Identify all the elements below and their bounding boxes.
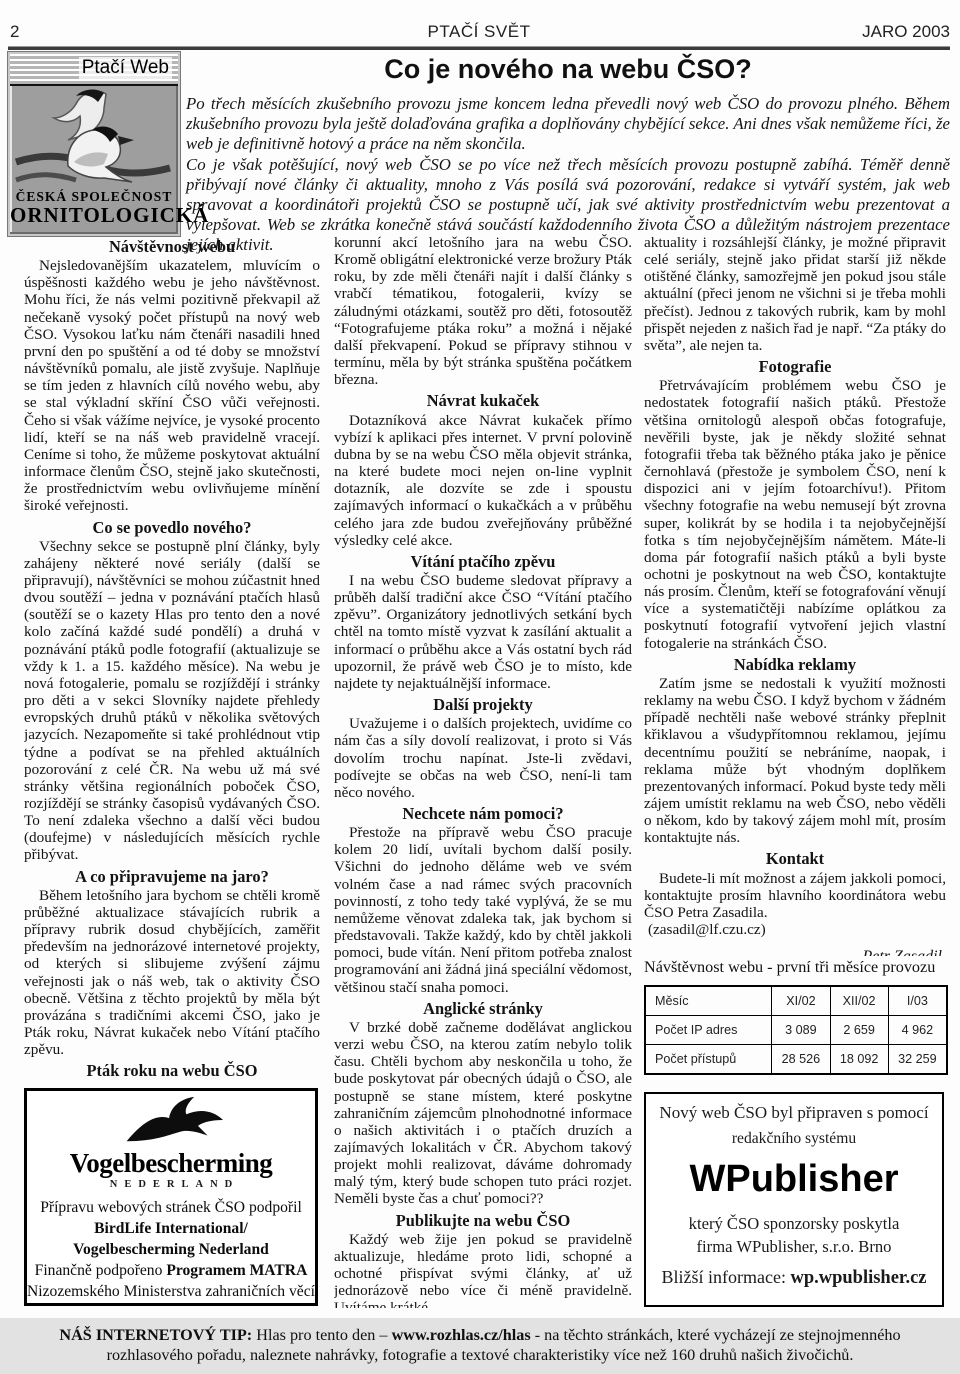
table-cell: 28 526: [772, 1045, 830, 1075]
footer-tip-label: NÁŠ INTERNETOVÝ TIP:: [59, 1326, 252, 1344]
section-heading: Pták roku na webu ČSO: [24, 1062, 320, 1079]
stats-table-title: Návštěvnost webu - první tři měsíce prov…: [644, 958, 948, 977]
table-cell: 32 259: [888, 1045, 947, 1075]
org-name-line1: ČESKÁ SPOLEČNOST: [10, 190, 178, 204]
text-column-2: korunní akcí letošního jara na webu ČSO.…: [334, 234, 632, 1308]
table-cell: Počet přístupů: [645, 1045, 772, 1075]
visit-stats-section: Návštěvnost webu - první tři měsíce prov…: [644, 958, 948, 1075]
body-paragraph: korunní akcí letošního jara na webu ČSO.…: [334, 234, 632, 388]
cso-web-logo: Ptačí Web ČESKÁ SPOLEČNOST ORNITOLOGICKÁ: [8, 52, 180, 236]
body-paragraph: Zatím jsme se nedostali k využití možnos…: [644, 675, 946, 847]
section-heading: Nabídka reklamy: [644, 656, 946, 673]
section-heading: Návštěvnost webu: [24, 238, 320, 255]
issue-date: JARO 2003: [862, 22, 950, 42]
body-paragraph: V brzké době začneme dodělávat anglickou…: [334, 1019, 632, 1208]
page-header: 2 PTAČÍ SVĚT JARO 2003: [8, 14, 950, 44]
section-heading: Kontakt: [644, 850, 946, 867]
table-cell: 2 659: [830, 1016, 888, 1045]
section-heading: Fotografie: [644, 358, 946, 375]
section-heading: Nechcete nám pomoci?: [334, 805, 632, 822]
text-column-3: aktuality i rozsáhlejší články, je možné…: [644, 234, 946, 956]
author-signature: Petr Zasadil: [644, 948, 946, 956]
support-line: Přípravu webových stránek ČSO podpořil: [27, 1197, 315, 1218]
support-birdlife-line: BirdLife International/: [27, 1218, 315, 1239]
support-vogelbescherming-line: Vogelbescherming Nederland: [27, 1239, 315, 1260]
section-heading: Anglické stránky: [334, 1000, 632, 1017]
section-heading: Vítání ptačího zpěvu: [334, 553, 632, 570]
footer-tip-bar: NÁŠ INTERNETOVÝ TIP: Hlas pro tento den …: [0, 1318, 960, 1374]
wpublisher-info-line: Bližší informace: wp.wpublisher.cz: [646, 1267, 942, 1289]
table-cell: Počet IP adres: [645, 1016, 772, 1045]
wpublisher-url: wp.wpublisher.cz: [790, 1268, 926, 1288]
wpublisher-wordmark: WPublisher: [646, 1158, 942, 1201]
table-cell: 4 962: [888, 1016, 947, 1045]
footer-tip-text: NÁŠ INTERNETOVÝ TIP: Hlas pro tento den …: [24, 1326, 936, 1365]
body-paragraph: Každý web žije jen pokud se pravidelně a…: [334, 1231, 632, 1308]
body-paragraph: Dotazníková akce Návrat kukaček přímo vy…: [334, 412, 632, 549]
body-paragraph: I na webu ČSO budeme sledovat přípravy a…: [334, 572, 632, 692]
table-cell: 3 089: [772, 1016, 830, 1045]
table-header-cell: XI/02: [772, 986, 830, 1016]
footer-tip-url: www.rozhlas.cz/hlas: [392, 1326, 531, 1344]
contact-email: (zasadil@lf.czu.cz): [644, 921, 946, 938]
table-row: Počet přístupů28 52618 09232 259: [645, 1045, 947, 1075]
section-heading: A co připravujeme na jaro?: [24, 868, 320, 885]
body-paragraph: Budete-li mít možnost a zájem jakkoli po…: [644, 870, 946, 921]
wpublisher-line2: redakčního systému: [646, 1130, 942, 1148]
body-paragraph: Nejsledovanějším ukazatelem, mluvícím o …: [24, 257, 320, 514]
logo-web-title: Ptačí Web: [79, 57, 172, 79]
body-paragraph: Všechny sekce se postupně plní články, b…: [24, 538, 320, 864]
body-paragraph: aktuality i rozsáhlejší články, je možné…: [644, 234, 946, 354]
article-intro: Po třech měsících zkušebního provozu jsm…: [186, 94, 950, 256]
wpublisher-line1: Nový web ČSO byl připraven s pomocí: [646, 1103, 942, 1123]
wpublisher-line3: který ČSO sponzorsky poskytla: [646, 1212, 942, 1235]
support-matra-line: Finančně podpořeno Programem MATRA: [27, 1260, 315, 1281]
nederland-label: NEDERLAND: [27, 1179, 315, 1190]
body-paragraph: Přestože na přípravě webu ČSO pracuje ko…: [334, 824, 632, 996]
text-column-1: Návštěvnost webuNejsledovanějším ukazate…: [24, 234, 320, 1080]
table-header-cell: XII/02: [830, 986, 888, 1016]
visit-stats-table: MěsícXI/02XII/02I/03Počet IP adres3 0892…: [644, 985, 948, 1075]
table-cell: 18 092: [830, 1045, 888, 1075]
logo-org-name: ČESKÁ SPOLEČNOST ORNITOLOGICKÁ: [10, 190, 178, 226]
support-ministry-line: Nizozemského Ministerstva zahraničních v…: [27, 1281, 315, 1302]
magazine-page: 2 PTAČÍ SVĚT JARO 2003 Ptačí Web ČESKÁ S…: [0, 0, 960, 1374]
body-paragraph: Přetrvávajícím problémem webu ČSO je ned…: [644, 377, 946, 652]
article-title: Co je nového na webu ČSO?: [186, 54, 950, 85]
table-header-row: MěsícXI/02XII/02I/03: [645, 986, 947, 1016]
body-paragraph: Uvažujeme i o dalších projektech, uvidím…: [334, 715, 632, 801]
org-name-line2: ORNITOLOGICKÁ: [10, 204, 178, 226]
vogelbescherming-wordmark: Vogelbescherming: [27, 1150, 315, 1177]
table-row: Počet IP adres3 0892 6594 962: [645, 1016, 947, 1045]
wpublisher-line4: firma WPublisher, s.r.o. Brno: [646, 1235, 942, 1258]
section-heading: Další projekty: [334, 696, 632, 713]
body-paragraph: Během letošního jara bychom se chtěli kr…: [24, 887, 320, 1059]
section-heading: Návrat kukaček: [334, 392, 632, 409]
table-header-cell: I/03: [888, 986, 947, 1016]
matra-program-label: Programem MATRA: [166, 1262, 307, 1279]
sponsor-support-box: Vogelbescherming NEDERLAND Přípravu webo…: [24, 1088, 318, 1306]
intro-paragraph: Po třech měsících zkušebního provozu jsm…: [186, 94, 950, 155]
vogelbescherming-bird-icon: [112, 1095, 230, 1147]
wpublisher-ad-box: Nový web ČSO byl připraven s pomocí reda…: [644, 1092, 944, 1307]
section-heading: Co se povedlo nového?: [24, 519, 320, 536]
magazine-title: PTAČÍ SVĚT: [8, 22, 950, 42]
blackcap-birds-image: [14, 82, 172, 196]
table-header-cell: Měsíc: [645, 986, 772, 1016]
header-rule: [8, 46, 950, 50]
section-heading: Publikujte na webu ČSO: [334, 1212, 632, 1229]
